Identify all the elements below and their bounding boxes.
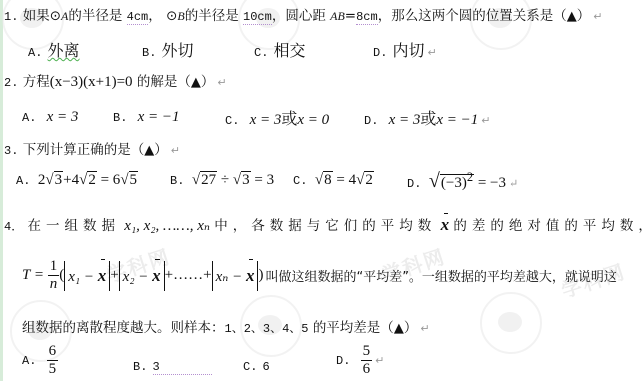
q2-option-b[interactable]: B. x = −1 [113, 106, 179, 126]
q3-option-c[interactable]: C. √8 = 4√2 [293, 172, 374, 189]
sqrt-symbol: √ [233, 172, 241, 188]
q3-option-d[interactable]: D. √(−3)2 = −3↵ [407, 170, 518, 193]
q1-option-b[interactable]: B. 外切 [142, 38, 194, 61]
question-number: 4． [4, 220, 23, 234]
q4-option-b[interactable]: B. 3 [133, 355, 212, 374]
fraction: 1n [48, 258, 60, 293]
q1-option-c[interactable]: C. 相交 [254, 38, 306, 61]
blank-triangle-icon: ▲ [394, 321, 404, 336]
sqrt-symbol: √ [45, 172, 53, 188]
q4-option-c[interactable]: C. 6 [243, 355, 270, 374]
paragraph-mark-icon: ↵ [217, 76, 226, 89]
q2-option-a[interactable]: A. x = 3 [22, 106, 78, 126]
sample-values: 1、2、3、4、5 [225, 322, 309, 336]
circle-dot-symbol: ⊙ [166, 8, 177, 24]
paragraph-mark-icon: ↵ [481, 114, 490, 127]
fraction: 56 [361, 343, 373, 378]
q1-option-a[interactable]: A. 外离 [28, 38, 80, 61]
q2-option-d[interactable]: D. x = 3或x = −1↵ [364, 106, 491, 129]
paragraph-mark-icon: ↵ [171, 144, 180, 157]
circle-dot-symbol: ⊙ [50, 8, 61, 24]
paragraph-mark-icon: ↵ [428, 46, 437, 59]
paragraph-mark-icon: ↵ [375, 354, 384, 367]
q4-option-a[interactable]: A. 65 [22, 343, 58, 378]
q1-option-d[interactable]: D. 内切↵ [373, 38, 437, 61]
absolute-value: x₁ − x [64, 261, 110, 291]
paragraph-mark-icon: ↵ [420, 322, 429, 335]
question-number: 2. [4, 76, 18, 90]
paragraph-mark-icon: ↵ [593, 10, 602, 23]
watermark-logo [480, 292, 542, 354]
blank-triangle-icon: ▲ [144, 143, 154, 158]
absolute-value: x₂ − x [119, 261, 165, 291]
q3-option-b[interactable]: B. √27 ÷ √3 = 3 [170, 172, 274, 189]
blank-triangle-icon: ▲ [567, 9, 577, 24]
sqrt-symbol: √ [429, 170, 440, 192]
question-number: 1. [4, 10, 18, 24]
sqrt-symbol: √ [315, 172, 323, 188]
blank-triangle-icon: ▲ [191, 75, 201, 90]
question-4-line-3: 组数据的离散程度越大。则样本：1、2、3、4、5 的平均差是（▲）↵ [22, 316, 430, 336]
fraction: 65 [47, 343, 59, 378]
sqrt-symbol: √ [120, 172, 128, 188]
mean-x-bar: x [441, 215, 450, 235]
question-2-stem: 2. 方程(x−3)(x+1)=0 的解是（▲）↵ [4, 70, 227, 91]
sqrt-symbol: √ [356, 172, 364, 188]
absolute-value: xₙ − x [212, 261, 259, 291]
sqrt-symbol: √ [79, 172, 87, 188]
equation: (x−3)(x+1)=0 [50, 74, 133, 90]
q4-option-d[interactable]: D. 56↵ [336, 343, 384, 378]
question-4-formula: T = 1n ( x₁ − x + x₂ − x +……+ xₙ − x ) 叫… [22, 258, 617, 293]
question-1-stem: 1. 如果⊙A的半径是 4cm， ⊙B的半径是 10cm，圆心距 AB=8cm，… [4, 4, 602, 24]
question-4-line-1: 4． 在一组数据 x₁, x₂, ……, xₙ 中，各数据与它们的平均数 x 的… [4, 214, 643, 235]
paragraph-mark-icon: ↵ [509, 178, 518, 190]
question-number: 3. [4, 144, 18, 158]
q2-option-c[interactable]: C. x = 3或x = 0 [225, 106, 329, 129]
question-3-stem: 3. 下列计算正确的是（▲）↵ [4, 138, 180, 158]
page-left-border [0, 0, 3, 381]
sqrt-symbol: √ [192, 172, 200, 188]
q3-option-a[interactable]: A. 2√3+4√2 = 6√5 [16, 172, 138, 189]
data-variables: x₁, x₂, ……, xₙ [124, 218, 210, 234]
